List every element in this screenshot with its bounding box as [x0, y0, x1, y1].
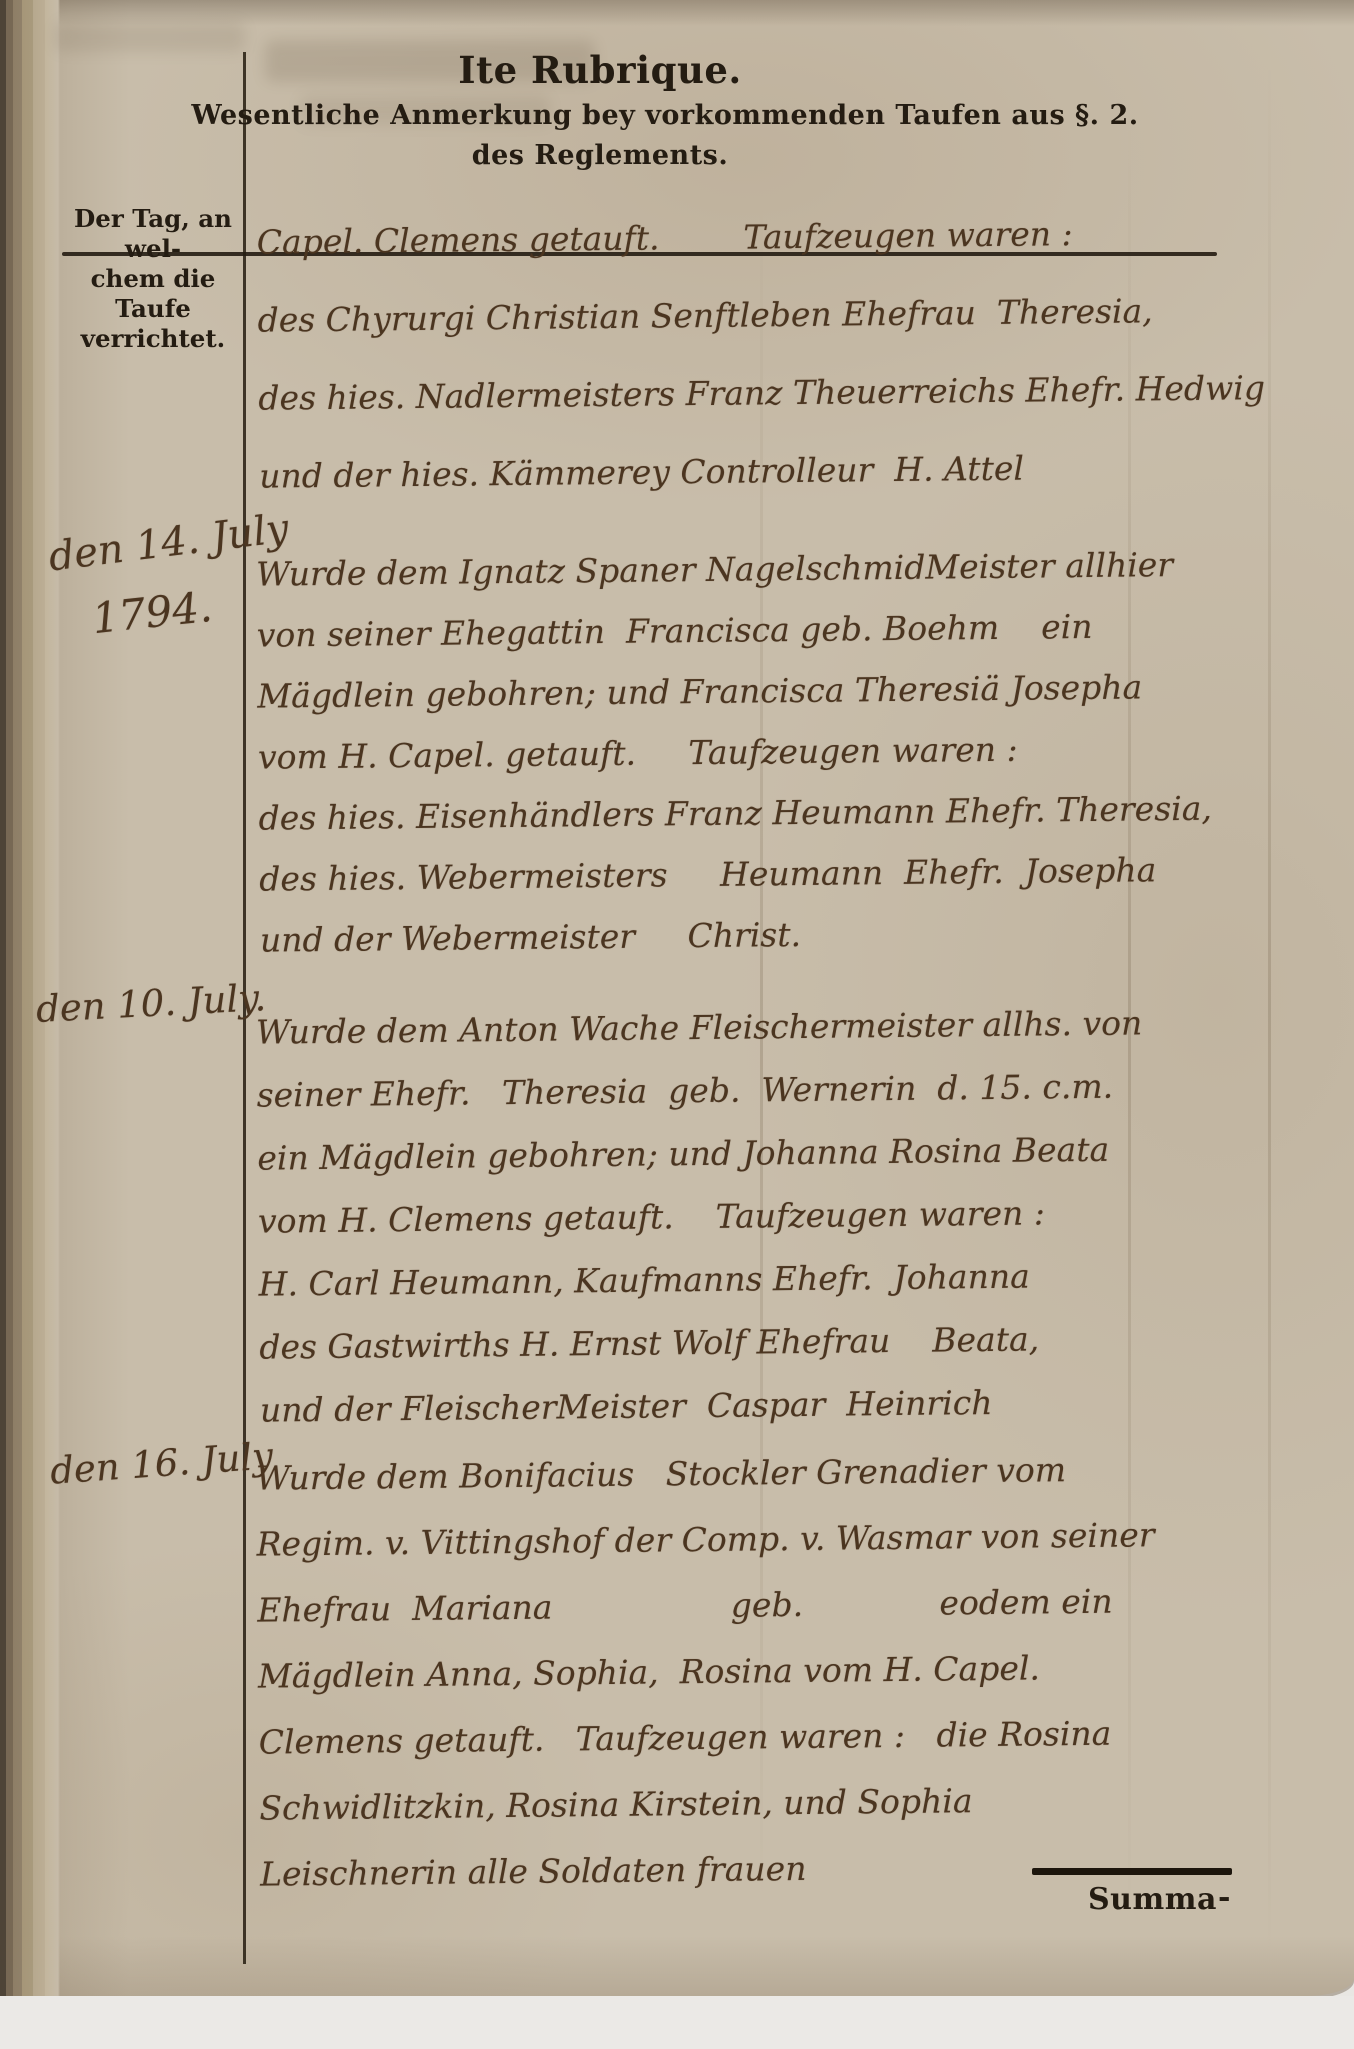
- entry-text-line: und der Webermeister Christ.: [260, 898, 1341, 970]
- entry-text-line: des hies. Eisenhändlers Franz Heumann Eh…: [258, 776, 1339, 848]
- summa-rule: [1032, 1868, 1232, 1875]
- entry-text-line: Ehefrau Mariana geb. eodem ein: [257, 1566, 1338, 1643]
- date-column-header-line: verrichtet.: [62, 324, 244, 354]
- date-column-header-line: Der Tag, an wel-: [62, 204, 244, 264]
- entry-text-line: Capel. Clemens getauft. Taufzeugen waren…: [256, 192, 1337, 281]
- entry-text-line: und der hies. Kämmerey Controlleur H. At…: [259, 426, 1340, 515]
- rubric-title: Ite Rubrique.: [458, 48, 742, 92]
- summa-label: Summa: [1088, 1882, 1217, 1917]
- entry-text-line: des hies. Webermeisters Heumann Ehefr. J…: [259, 837, 1340, 909]
- ink-bleed-ghost: [55, 22, 245, 52]
- entry-text-line: von seiner Ehegattin Francisca geb. Boeh…: [256, 593, 1337, 665]
- entry-text-line: H. Carl Heumann, Kaufmanns Ehefr. Johann…: [258, 1241, 1339, 1315]
- entry-text-line: Wurde dem Bonifacius Stockler Grenadier …: [256, 1434, 1337, 1511]
- register-page-scan: Ite Rubrique. Wesentliche Anmerkung bey …: [0, 0, 1354, 2049]
- date-column-header: Der Tag, an wel- chem die Taufe verricht…: [62, 204, 244, 354]
- entry-text-line: Schwidlitzkin, Rosina Kirstein, und Soph…: [259, 1764, 1340, 1841]
- baptism-entry: Wurde dem Anton Wache Fleischermeister a…: [256, 989, 1341, 1441]
- entry-text-line: des Gastwirths H. Ernst Wolf Ehefrau Bea…: [259, 1304, 1340, 1378]
- entry-text-line: Wurde dem Ignatz Spaner NagelschmidMeist…: [256, 532, 1337, 604]
- entry-text-line: des Chyrurgi Christian Senftleben Ehefra…: [257, 270, 1338, 359]
- baptism-entry: Capel. Clemens getauft. Taufzeugen waren…: [256, 192, 1339, 515]
- baptism-entry: Wurde dem Ignatz Spaner NagelschmidMeist…: [256, 532, 1340, 970]
- rubric-subtitle-line1: Wesentliche Anmerkung bey vorkommenden T…: [191, 100, 1138, 131]
- baptism-entry: Wurde dem Bonifacius Stockler Grenadier …: [256, 1434, 1341, 1907]
- date-column-header-line: chem die Taufe: [62, 264, 244, 324]
- entry-text-line: und der FleischerMeister Caspar Heinrich: [260, 1367, 1341, 1441]
- entry-text-line: des hies. Nadlermeisters Franz Theuerrei…: [258, 348, 1339, 437]
- entry-text-line: Wurde dem Anton Wache Fleischermeister a…: [256, 989, 1337, 1063]
- entry-text-line: Mägdlein gebohren; und Francisca Theresi…: [257, 654, 1338, 726]
- scanner-background: [0, 1996, 1354, 2049]
- summa-value: -: [1218, 1880, 1231, 1915]
- entry-text-line: vom H. Clemens getauft. Taufzeugen waren…: [258, 1178, 1339, 1252]
- entry-text-line: Regim. v. Vittingshof der Comp. v. Wasma…: [256, 1500, 1337, 1577]
- rubric-subtitle-line2: des Reglements.: [472, 140, 729, 171]
- entry-text-line: seiner Ehefr. Theresia geb. Wernerin d. …: [256, 1052, 1337, 1126]
- entry-text-line: Clemens getauft. Taufzeugen waren : die …: [258, 1698, 1339, 1775]
- entry-text-line: vom H. Capel. getauft. Taufzeugen waren …: [258, 715, 1339, 787]
- entry-text-line: Mägdlein Anna, Sophia, Rosina vom H. Cap…: [258, 1632, 1339, 1709]
- entry-text-line: ein Mägdlein gebohren; und Johanna Rosin…: [257, 1115, 1338, 1189]
